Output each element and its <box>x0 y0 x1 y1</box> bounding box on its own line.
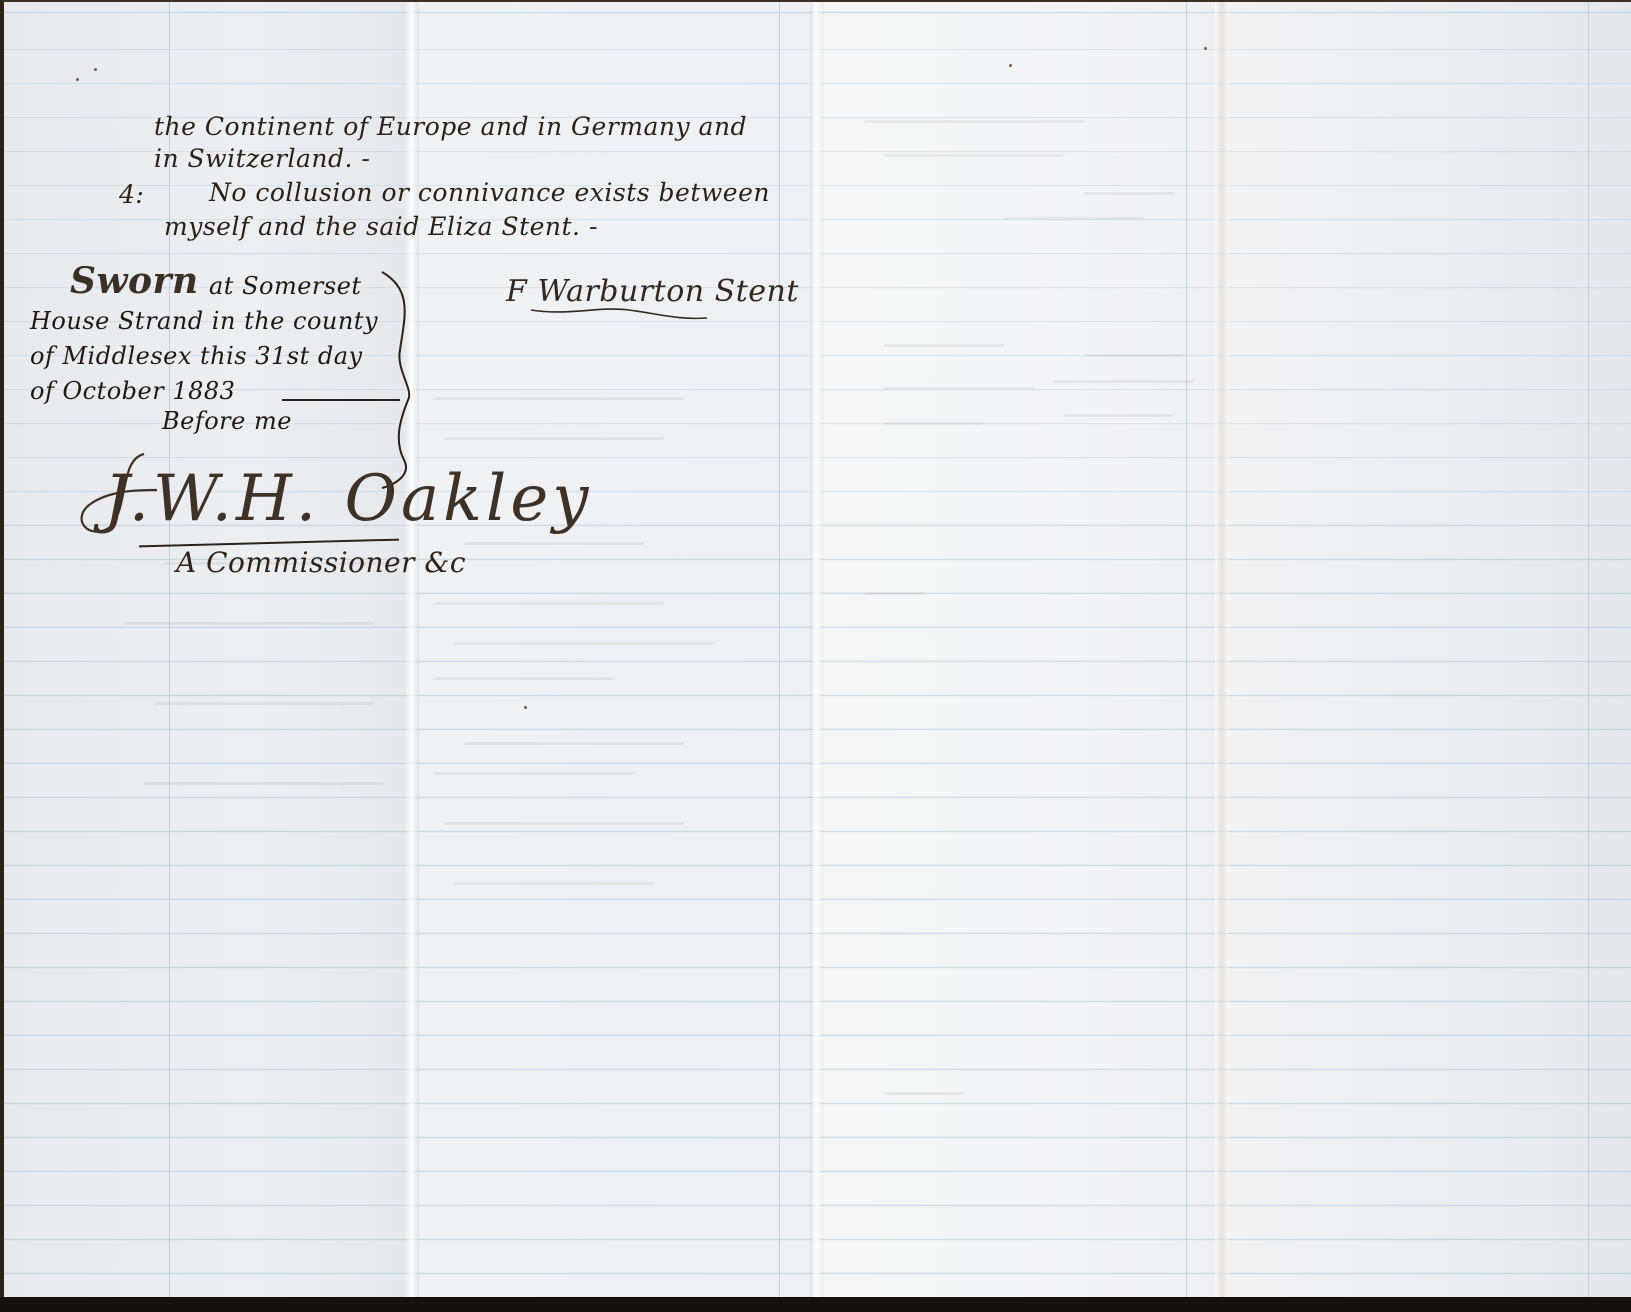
jurat-line: of Middlesex this 31st day <box>30 342 363 370</box>
body-text-line: in Switzerland. - <box>154 144 370 173</box>
paper-speck <box>94 68 97 71</box>
jurat-line: House Strand in the county <box>30 307 378 335</box>
commissioner-signature: J.W.H. Oakley <box>104 462 592 536</box>
paragraph-number: 4: <box>119 180 144 209</box>
paper-speck <box>524 706 527 709</box>
signature-flourish <box>529 302 709 324</box>
margin-line <box>1588 2 1589 1297</box>
fold-crease <box>810 2 824 1297</box>
jurat-line: at Somerset <box>209 272 362 300</box>
jurat-before-me: Before me <box>162 407 292 435</box>
jurat-line: of October 1883 <box>30 377 235 405</box>
fold-crease <box>1215 2 1229 1297</box>
scan-border <box>0 1297 1631 1312</box>
margin-line <box>779 2 780 1297</box>
document-sheet: the Continent of Europe and in Germany a… <box>0 0 1631 1297</box>
body-text-line: No collusion or connivance exists betwee… <box>209 178 770 207</box>
jurat-sworn: Sworn <box>70 260 199 302</box>
paper-speck <box>1009 64 1012 67</box>
commissioner-title: A Commissioner &c <box>176 546 466 579</box>
margin-line <box>169 2 170 1297</box>
paper-speck <box>1204 47 1207 50</box>
body-text-line: the Continent of Europe and in Germany a… <box>154 112 747 141</box>
margin-line <box>1186 2 1187 1297</box>
jurat-brace <box>374 270 434 490</box>
paper-speck <box>76 78 79 81</box>
body-text-line: myself and the said Eliza Stent. - <box>164 212 598 241</box>
